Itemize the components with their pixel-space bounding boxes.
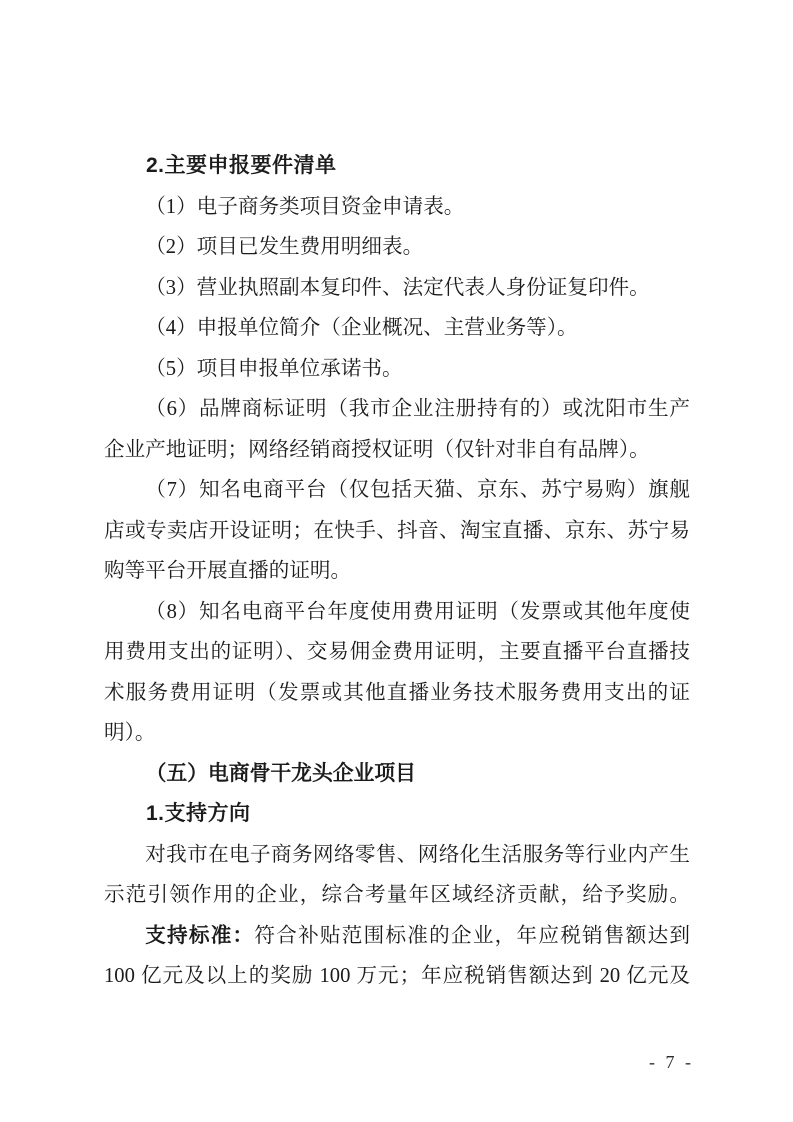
heading-application-materials-list: 2.主要申报要件清单 xyxy=(104,146,690,187)
heading-support-direction: 1.支持方向 xyxy=(104,794,690,835)
list-item-8-line-3: 术服务费用证明（发票或其他直播业务技术服务费用支出的证 xyxy=(104,673,690,714)
list-item-1: （1）电子商务类项目资金申请表。 xyxy=(104,187,690,228)
page-footer: - 7 - xyxy=(649,1052,694,1073)
support-standard-label: 支持标准： xyxy=(145,924,254,947)
heading-section-5-ecommerce-leading-enterprises: （五）电商骨干龙头企业项目 xyxy=(104,754,690,795)
para-support-direction-line-1: 对我市在电子商务网络零售、网络化生活服务等行业内产生 xyxy=(104,835,690,876)
list-item-6-line-1: （6）品牌商标证明（我市企业注册持有的）或沈阳市生产 xyxy=(104,389,690,430)
support-standard-text: 符合补贴范围标准的企业，年应税销售额达到 xyxy=(254,925,690,947)
list-item-3: （3）营业执照副本复印件、法定代表人身份证复印件。 xyxy=(104,268,690,309)
para-support-standard-line-2: 100 亿元及以上的奖励 100 万元；年应税销售额达到 20 亿元及 xyxy=(104,956,690,997)
list-item-5: （5）项目申报单位承诺书。 xyxy=(104,349,690,390)
list-item-8-line-1: （8）知名电商平台年度使用费用证明（发票或其他年度使 xyxy=(104,592,690,633)
list-item-8-line-4: 明）。 xyxy=(104,713,690,754)
list-item-7-line-1: （7）知名电商平台（仅包括天猫、京东、苏宁易购）旗舰 xyxy=(104,470,690,511)
para-support-standard-line-1: 支持标准：符合补贴范围标准的企业，年应税销售额达到 xyxy=(104,916,690,957)
document-body: 2.主要申报要件清单 （1）电子商务类项目资金申请表。 （2）项目已发生费用明细… xyxy=(104,146,690,997)
document-page: 2.主要申报要件清单 （1）电子商务类项目资金申请表。 （2）项目已发生费用明细… xyxy=(0,0,793,1122)
list-item-8-line-2: 用费用支出的证明）、交易佣金费用证明，主要直播平台直播技 xyxy=(104,632,690,673)
list-item-6-line-2: 企业产地证明；网络经销商授权证明（仅针对非自有品牌）。 xyxy=(104,430,690,471)
page-number: - 7 - xyxy=(649,1052,694,1072)
list-item-2: （2）项目已发生费用明细表。 xyxy=(104,227,690,268)
list-item-7-line-2: 店或专卖店开设证明；在快手、抖音、淘宝直播、京东、苏宁易 xyxy=(104,511,690,552)
list-item-4: （4）申报单位简介（企业概况、主营业务等）。 xyxy=(104,308,690,349)
list-item-7-line-3: 购等平台开展直播的证明。 xyxy=(104,551,690,592)
para-support-direction-line-2: 示范引领作用的企业，综合考量年区域经济贡献，给予奖励。 xyxy=(104,875,690,916)
